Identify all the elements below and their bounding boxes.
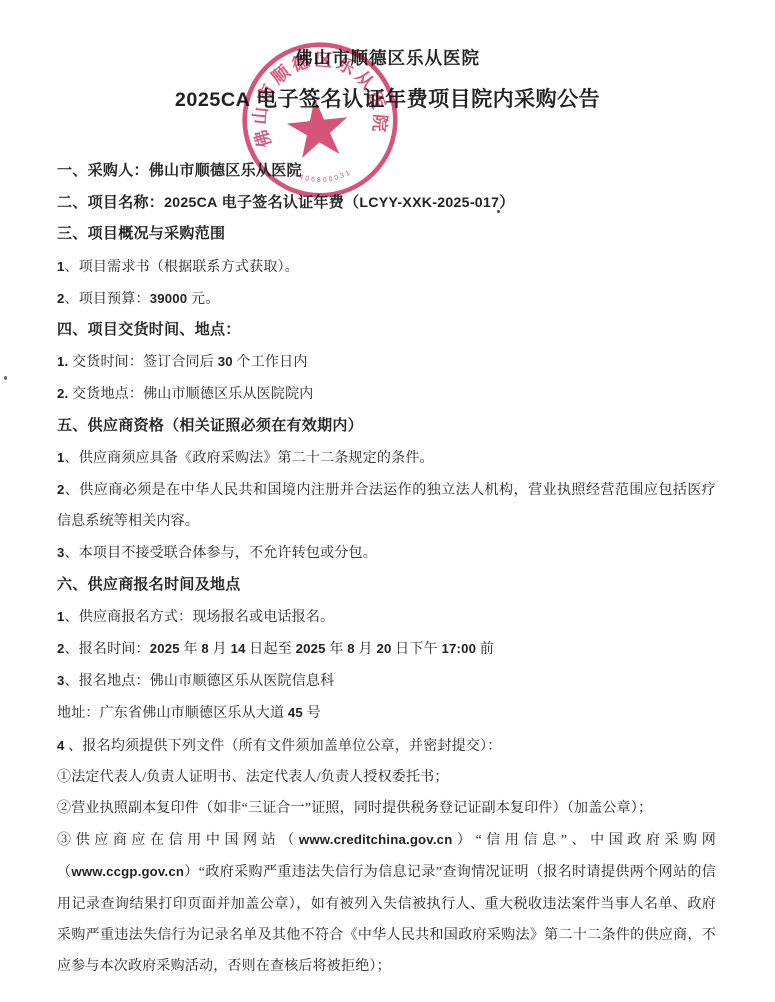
latin-text: 2 bbox=[57, 641, 65, 656]
latin-text: 45 bbox=[288, 705, 303, 720]
latin-text: 1 bbox=[57, 259, 65, 274]
announcement-title: 2025CA 电子签名认证年费项目院内采购公告 bbox=[0, 84, 775, 115]
scanned-document-page: 佛山市顺德区乐从医院 4406800031 佛山市顺德区乐从医院 2025CA … bbox=[0, 0, 775, 1002]
latin-text: 17:00 bbox=[441, 641, 476, 656]
latin-text: 3 bbox=[57, 673, 65, 688]
latin-text: 8 bbox=[347, 641, 355, 656]
text-segment: （LCYY-XXK-2025-017） bbox=[344, 195, 514, 211]
latin-text: 2025 bbox=[296, 641, 326, 656]
text-segment: 2、项目预算：39000 元。 bbox=[57, 292, 219, 307]
text-segment: 2、报名时间：2025 年 8 月 14 日起至 2025 年 8 月 20 日… bbox=[57, 642, 494, 657]
latin-text: 2025CA bbox=[164, 194, 218, 210]
latin-text: 8 bbox=[201, 641, 209, 656]
latin-text: 1 bbox=[57, 450, 65, 465]
body-paragraph: 1. 交货时间：签订合同后 30 个工作日内 bbox=[57, 346, 716, 378]
text-segment: 1、供应商须应具备《政府采购法》第二十二条规定的条件。 bbox=[57, 451, 434, 466]
text-segment: 2. 交货地点：佛山市顺德区乐从医院院内 bbox=[57, 387, 313, 402]
latin-text: 20 bbox=[376, 641, 391, 656]
latin-text: www.creditchina.gov.cn bbox=[299, 832, 453, 847]
latin-text: 2 bbox=[57, 482, 65, 497]
section-heading: 五、供应商资格（相关证照必须在有效期内） bbox=[57, 411, 716, 442]
latin-text: 14 bbox=[231, 641, 246, 656]
body-paragraph: 2、项目预算：39000 元。 bbox=[57, 283, 716, 315]
text-segment: 1. 交货时间：签订合同后 30 个工作日内 bbox=[57, 355, 308, 370]
latin-text: 39000 bbox=[150, 291, 188, 306]
text-segment: ①法定代表人/负责人证明书、法定代表人/负责人授权委托书； bbox=[57, 770, 449, 785]
body-paragraph: ①法定代表人/负责人证明书、法定代表人/负责人授权委托书； bbox=[57, 762, 716, 793]
latin-text: 1. bbox=[57, 354, 68, 369]
text-segment: 3、报名地点：佛山市顺德区乐从医院信息科 bbox=[57, 674, 334, 689]
scan-speck-left bbox=[4, 376, 7, 380]
text-segment: 六、供应商报名时间及地点 bbox=[57, 577, 241, 593]
body-paragraph: 4 、报名均须提供下列文件（所有文件须加盖单位公章，并密封提交）： bbox=[57, 730, 716, 762]
text-segment: 四、项目交货时间、地点： bbox=[57, 322, 241, 338]
text-segment: 1、项目需求书（根据联系方式获取）。 bbox=[57, 260, 299, 275]
body-paragraph: 地址：广东省佛山市顺德区乐从大道 45 号 bbox=[57, 697, 716, 729]
body-paragraph: 3、本项目不接受联合体参与，不允许转包或分包。 bbox=[57, 537, 716, 569]
text-segment: 二、项目名称： bbox=[57, 195, 164, 211]
section-heading: 四、项目交货时间、地点： bbox=[57, 315, 716, 346]
text-segment: ②营业执照副本复印件（如非“三证合一”证照，同时提供税务登记证副本复印件）（加盖… bbox=[57, 801, 652, 816]
text-segment: ③供应商应在信用中国网站（www.creditchina.gov.cn）“信用信… bbox=[57, 833, 716, 974]
hospital-name-title: 佛山市顺德区乐从医院 bbox=[0, 46, 775, 70]
body-paragraph: 3、报名地点：佛山市顺德区乐从医院信息科 bbox=[57, 665, 716, 697]
section-heading: 二、项目名称：2025CA 电子签名认证年费（LCYY-XXK-2025-017… bbox=[57, 187, 716, 219]
latin-text: 3 bbox=[57, 545, 65, 560]
body-paragraph: 2、报名时间：2025 年 8 月 14 日起至 2025 年 8 月 20 日… bbox=[57, 633, 716, 665]
text-segment: 三、项目概况与采购范围 bbox=[57, 226, 225, 242]
document-body: 一、采购人：佛山市顺德区乐从医院二、项目名称：2025CA 电子签名认证年费（L… bbox=[57, 156, 716, 982]
text-segment: 五、供应商资格（相关证照必须在有效期内） bbox=[57, 418, 363, 434]
body-paragraph: 1、供应商须应具备《政府采购法》第二十二条规定的条件。 bbox=[57, 442, 716, 474]
latin-text: 4 bbox=[57, 738, 65, 753]
text-segment: 一、采购人：佛山市顺德区乐从医院 bbox=[57, 163, 302, 179]
latin-text: www.ccgp.gov.cn bbox=[71, 864, 184, 879]
body-paragraph: 1、项目需求书（根据联系方式获取）。 bbox=[57, 251, 716, 283]
latin-text: 2025CA bbox=[175, 89, 250, 111]
latin-text: 1 bbox=[57, 609, 65, 624]
text-segment: 1、供应商报名方式：现场报名或电话报名。 bbox=[57, 610, 334, 625]
body-paragraph: ②营业执照副本复印件（如非“三证合一”证照，同时提供税务登记证副本复印件）（加盖… bbox=[57, 793, 716, 824]
body-paragraph: 1、供应商报名方式：现场报名或电话报名。 bbox=[57, 601, 716, 633]
section-heading: 六、供应商报名时间及地点 bbox=[57, 570, 716, 601]
latin-text: LCYY-XXK-2025-017 bbox=[359, 194, 499, 210]
body-paragraph: 2. 交货地点：佛山市顺德区乐从医院院内 bbox=[57, 378, 716, 410]
body-paragraph: ③供应商应在信用中国网站（www.creditchina.gov.cn）“信用信… bbox=[57, 824, 716, 982]
section-heading: 三、项目概况与采购范围 bbox=[57, 219, 716, 250]
latin-text: 30 bbox=[218, 354, 233, 369]
body-paragraph: 2、供应商必须是在中华人民共和国境内注册并合法运作的独立法人机构，营业执照经营范… bbox=[57, 474, 716, 537]
latin-text: 2025 bbox=[150, 641, 180, 656]
text-segment: 2025CA 电子签名认证年费 bbox=[164, 195, 344, 211]
latin-text: 2. bbox=[57, 386, 68, 401]
text-segment: 4 、报名均须提供下列文件（所有文件须加盖单位公章，并密封提交）： bbox=[57, 739, 501, 754]
scan-speck-right bbox=[497, 210, 500, 213]
text-segment: 地址：广东省佛山市顺德区乐从大道 45 号 bbox=[57, 706, 321, 721]
text-segment: 3、本项目不接受联合体参与，不允许转包或分包。 bbox=[57, 546, 377, 561]
text-segment: 2、供应商必须是在中华人民共和国境内注册并合法运作的独立法人机构，营业执照经营范… bbox=[57, 483, 716, 529]
latin-text: 2 bbox=[57, 291, 65, 306]
section-heading: 一、采购人：佛山市顺德区乐从医院 bbox=[57, 156, 716, 187]
